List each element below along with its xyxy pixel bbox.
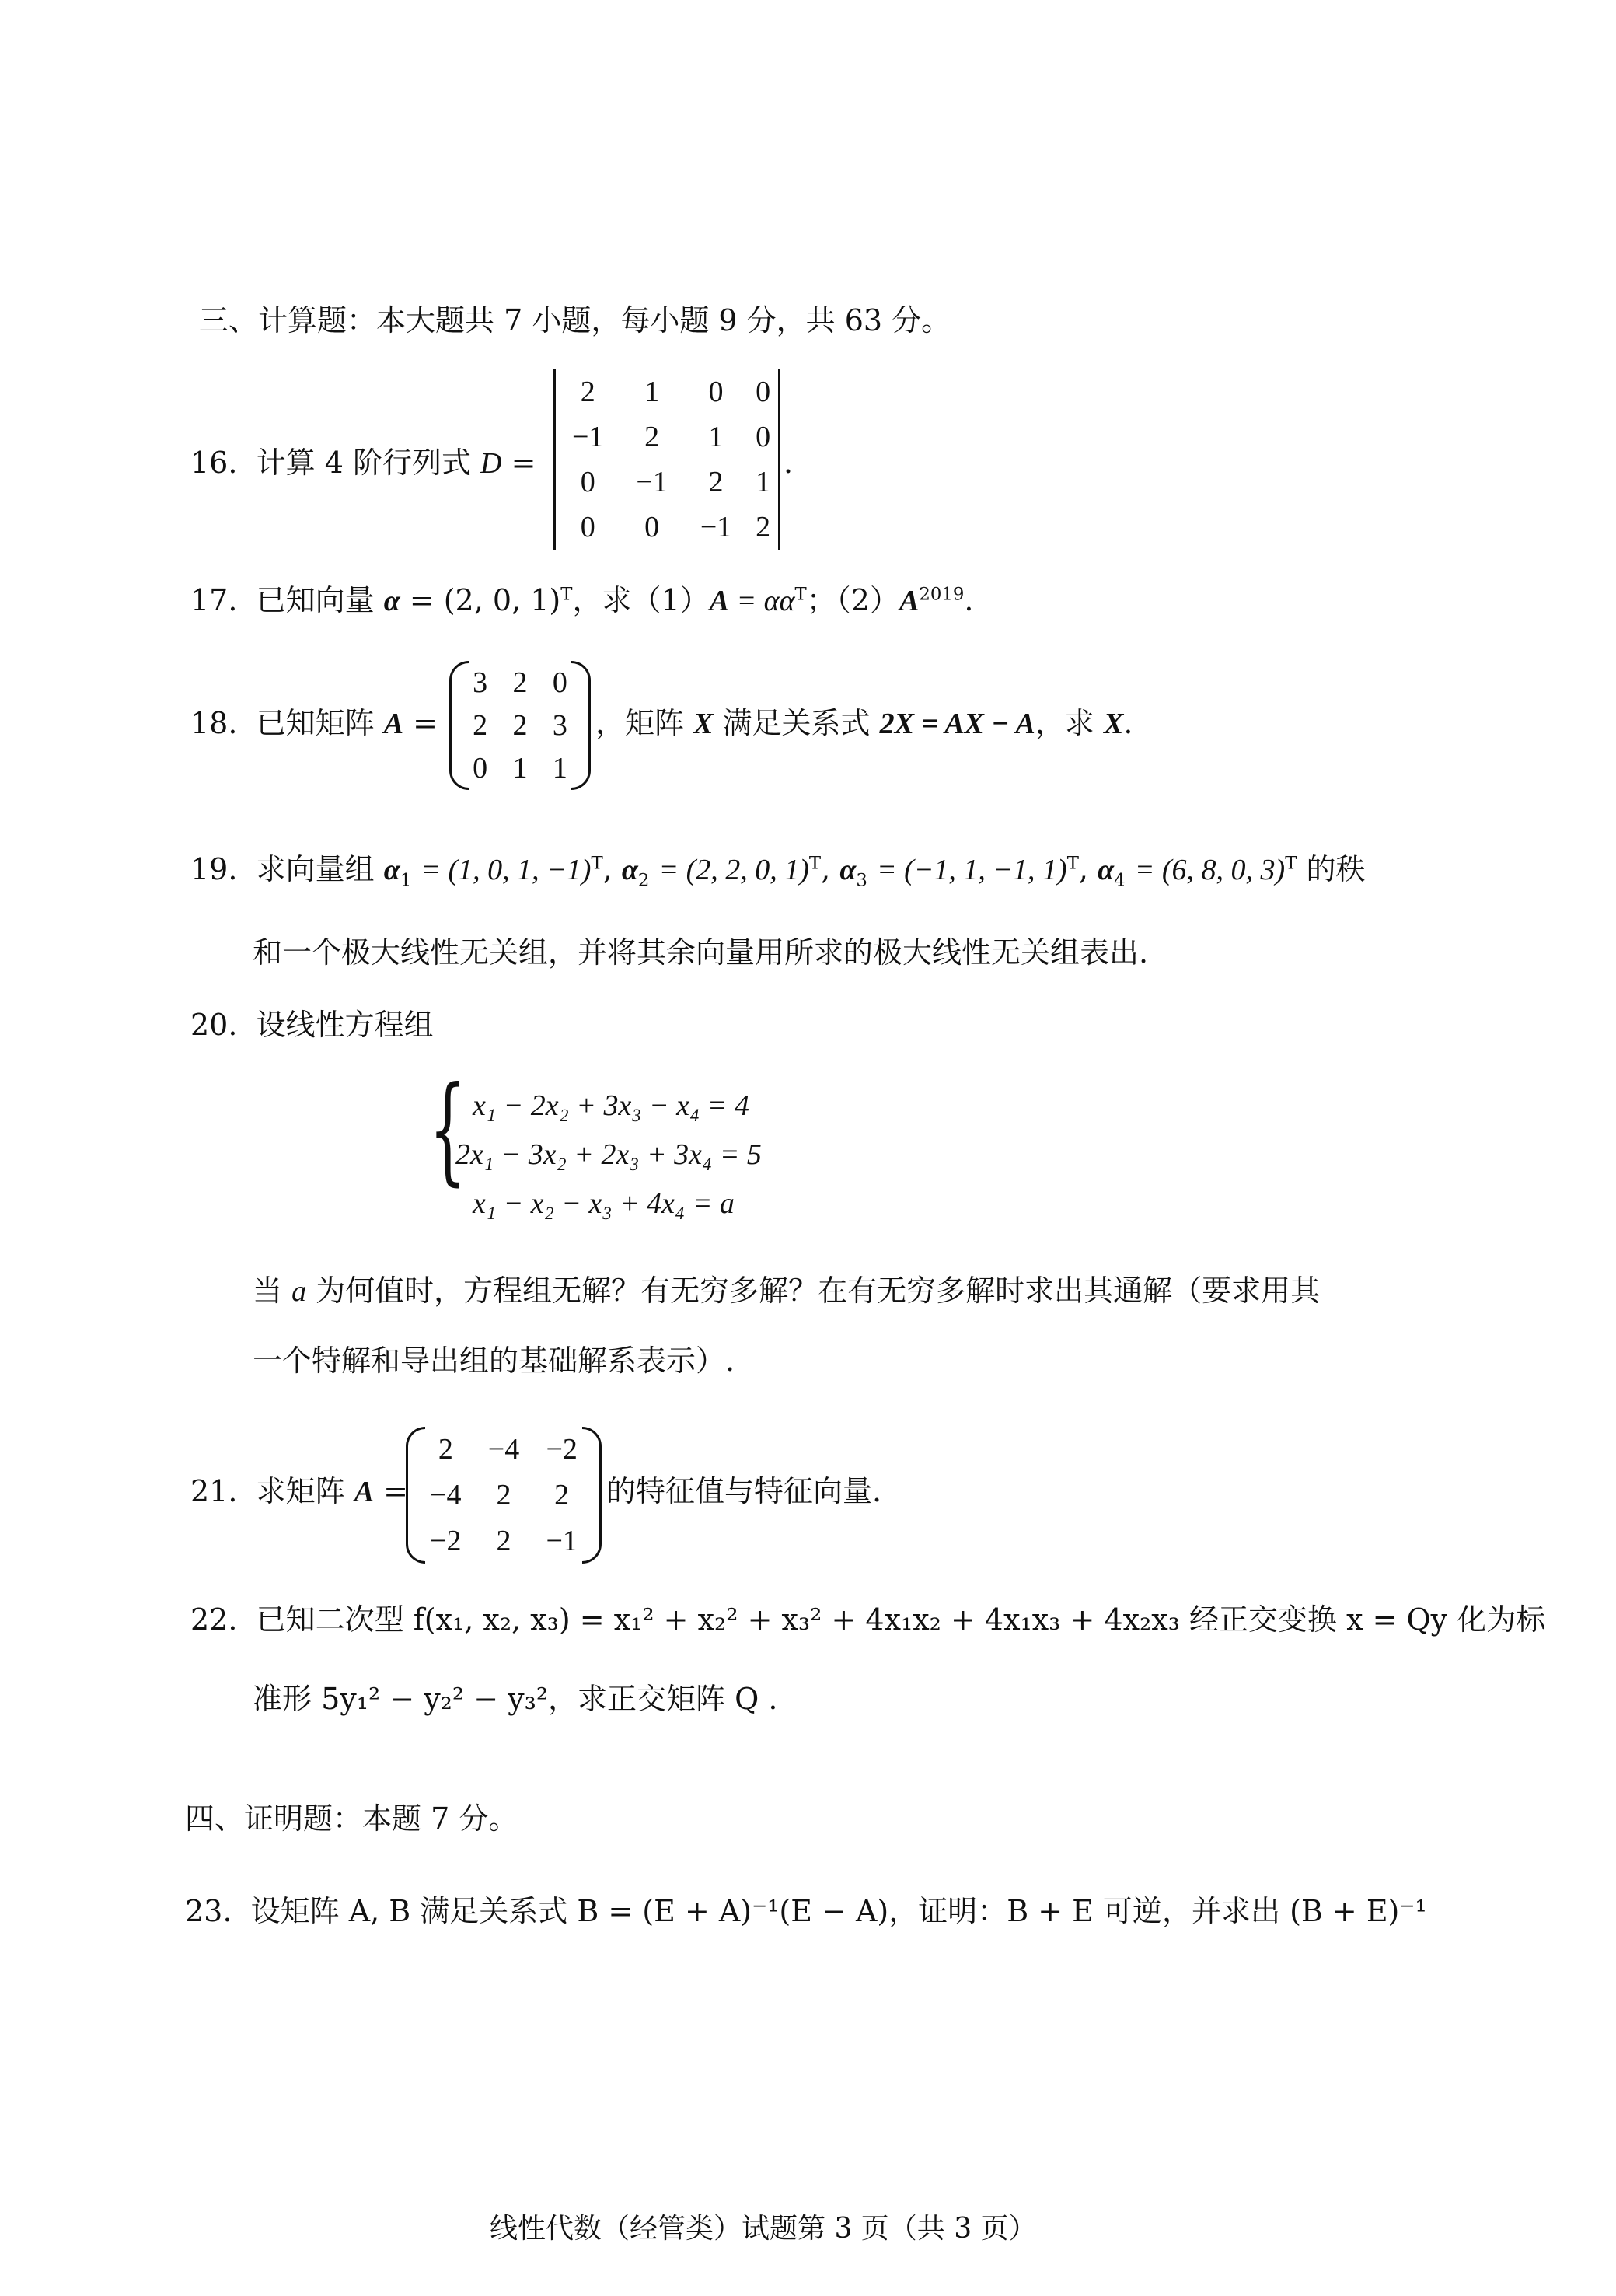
variable-d: D <box>480 447 501 480</box>
question-number: 17. <box>190 583 237 617</box>
question-22: 22. 已知二次型 f(x₁, x₂, x₃) = x₁² + x₂² + x₃… <box>190 1602 1545 1637</box>
text: ，矩阵 <box>595 706 693 740</box>
text: ，求 <box>1035 706 1104 740</box>
equals-sign: = <box>403 706 438 740</box>
text: ，求（1） <box>572 583 709 617</box>
question-19-line2: 和一个极大线性无关组，并将其余向量用所求的极大线性无关组表出. <box>253 935 1148 970</box>
vector-a4: = (6, 8, 0, 3) <box>1135 854 1285 886</box>
matrix-x: X <box>693 708 713 740</box>
period: . <box>964 583 973 617</box>
question-20-text: 当 a 为何值时，方程组无解？有无穷多解？在有无穷多解时求出其通解（要求用其 <box>253 1274 1320 1309</box>
text: 求矩阵 <box>257 1474 354 1508</box>
question-18: 18. 已知矩阵 A = <box>190 706 438 741</box>
determinant-matrix-d: 2100 −1210 0−121 00−12 <box>553 369 780 550</box>
text: 已知二次型 f(x₁, x₂, x₃) = x₁² + x₂² + x₃² + … <box>257 1602 1546 1637</box>
question-number: 19. <box>190 852 237 886</box>
section-4-heading: 四、证明题：本题 7 分。 <box>185 1802 518 1836</box>
page-footer: 线性代数（经管类）试题第 3 页（共 3 页） <box>490 2212 1037 2246</box>
vector-a3: = (−1, 1, −1, 1) <box>877 854 1067 886</box>
question-17: 17. 已知向量 α = (2, 0, 1)T，求（1）A = ααT；（2）A… <box>190 583 973 618</box>
matrix-x: X <box>1104 708 1123 740</box>
question-23: 23. 设矩阵 A, B 满足关系式 B = (E + A)⁻¹(E − A)，… <box>185 1894 1427 1928</box>
question-number: 22. <box>190 1602 237 1637</box>
matrix-a: A <box>354 1476 374 1508</box>
matrix-a: A <box>899 585 919 617</box>
question-20: 20. 设线性方程组 <box>190 1008 434 1042</box>
question-19: 19. 求向量组 α1 = (1, 0, 1, −1)T, α2 = (2, 2… <box>190 852 1366 887</box>
q16-period: . <box>784 446 793 480</box>
question-18-rest: ，矩阵 X 满足关系式 2X = AX − A，求 X. <box>595 706 1133 741</box>
equation-2: 2x₁ − 3x₂ + 2x₃ + 3x₄ = 5 <box>455 1138 762 1172</box>
question-20-line2: 一个特解和导出组的基础解系表示）. <box>253 1344 735 1378</box>
question-text: 计算 4 阶行列式 <box>257 446 480 480</box>
vector-a1: = (1, 0, 1, −1) <box>421 854 591 886</box>
relation: 2X = AX − A <box>880 708 1035 740</box>
transpose: T <box>560 584 572 604</box>
question-21-rest: 的特征值与特征向量. <box>606 1474 881 1508</box>
text: 设矩阵 A, B 满足关系式 B = (E + A)⁻¹(E − A)，证明：B… <box>251 1894 1427 1928</box>
question-22-line2: 准形 5y₁² − y₂² − y₃²，求正交矩阵 Q . <box>253 1682 777 1716</box>
text: 设线性方程组 <box>257 1008 434 1042</box>
question-number: 21. <box>190 1474 237 1508</box>
text: 已知向量 <box>257 583 384 617</box>
equals-sign: = <box>501 446 536 480</box>
vector-value: = (2, 0, 1) <box>400 583 561 617</box>
alpha-symbol: α <box>384 585 400 617</box>
matrix-a: A <box>710 585 729 617</box>
question-number: 16. <box>190 446 237 480</box>
exponent: 2019 <box>919 584 964 604</box>
text: 当 <box>253 1274 291 1308</box>
text: 已知矩阵 <box>257 706 384 740</box>
period: . <box>1123 706 1133 740</box>
matrix-a-q18: 320 223 011 <box>449 661 591 790</box>
question-number: 18. <box>190 706 237 740</box>
text: 满足关系式 <box>713 706 879 740</box>
text: 求向量组 <box>257 852 384 886</box>
question-number: 20. <box>190 1008 237 1042</box>
variable-a: a <box>291 1275 306 1308</box>
vector-a2: = (2, 2, 0, 1) <box>658 854 808 886</box>
text: 为何值时，方程组无解？有无穷多解？在有无穷多解时求出其通解（要求用其 <box>306 1274 1320 1308</box>
question-number: 23. <box>185 1894 232 1928</box>
text: ；（2） <box>807 583 899 617</box>
transpose: T <box>795 584 807 604</box>
equation-1: x₁ − 2x₂ + 3x₃ − x₄ = 4 <box>473 1089 749 1123</box>
section-3-heading: 三、计算题：本大题共 7 小题，每小题 9 分，共 63 分。 <box>199 303 951 337</box>
question-16: 16. 计算 4 阶行列式 D = <box>190 446 536 481</box>
matrix-a: A <box>384 708 403 740</box>
equals-sign: = <box>374 1474 408 1508</box>
matrix-a-q21: 2−4−2 −422 −22−1 <box>406 1427 602 1564</box>
product: = αα <box>729 585 795 617</box>
question-21: 21. 求矩阵 A = <box>190 1474 408 1509</box>
equation-3: x₁ − x₂ − x₃ + 4x₄ = a <box>473 1186 735 1221</box>
text: 的秩 <box>1297 852 1365 886</box>
